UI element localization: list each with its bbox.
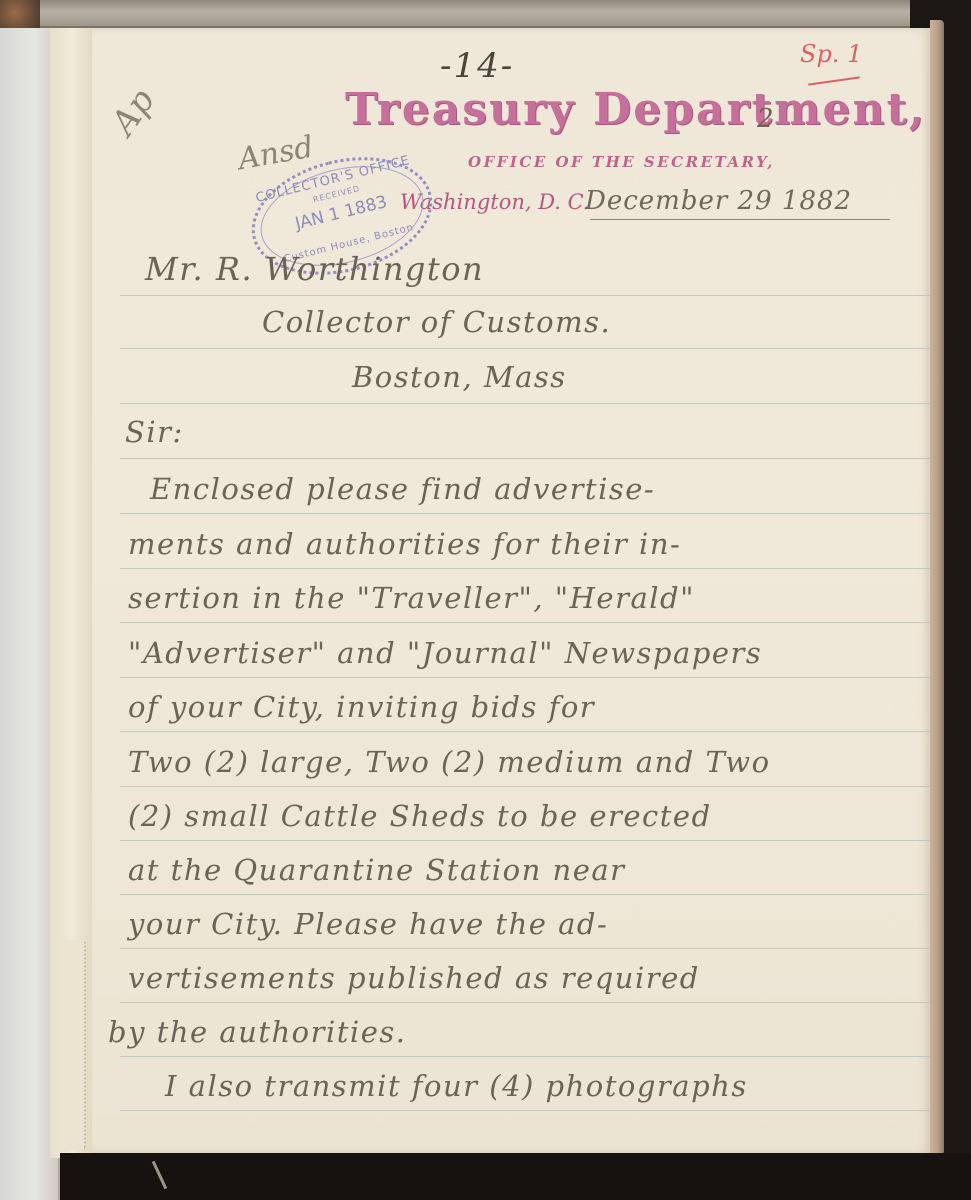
rule-line (120, 403, 930, 404)
body-line: by the authorities. (108, 1015, 406, 1049)
rule-line (120, 677, 930, 678)
recipient-name: Mr. R. Worthington (145, 250, 484, 288)
rule-line (120, 1110, 930, 1111)
letter-date: December 29 1882 (585, 186, 852, 216)
rule-line (120, 1056, 930, 1057)
rule-line (120, 568, 930, 569)
rule-line (120, 295, 930, 296)
rule-line (120, 948, 930, 949)
background-shadow (60, 1153, 971, 1200)
folio-mark: Sp. 1 (800, 40, 862, 68)
body-line: vertisements published as required (128, 961, 700, 995)
body-line: "Advertiser" and "Journal" Newspapers (128, 636, 762, 670)
page-number: -14- (440, 46, 514, 86)
letterhead-title: Treasury Department, (345, 84, 926, 135)
body-line: ments and authorities for their in- (128, 527, 681, 561)
rule-line (120, 513, 930, 514)
rule-line (120, 348, 930, 349)
rule-line (120, 840, 930, 841)
body-line: of your City, inviting bids for (128, 690, 595, 724)
letterhead-office: OFFICE OF THE SECRETARY, (468, 153, 775, 171)
torn-stub (58, 940, 86, 1150)
rule-line (120, 622, 930, 623)
rule-line (120, 458, 930, 459)
date-underline (590, 219, 890, 220)
page-edge (930, 20, 944, 1155)
body-line: (2) small Cattle Sheds to be erected (128, 799, 712, 833)
letterhead-suffix: 2 (757, 104, 774, 134)
rule-line (120, 786, 930, 787)
rule-line (120, 894, 930, 895)
rule-line (120, 1002, 930, 1003)
salutation: Sir: (125, 415, 184, 449)
recipient-location: Boston, Mass (352, 360, 567, 394)
body-line: sertion in the "Traveller", "Herald" (128, 581, 695, 615)
body-line: Two (2) large, Two (2) medium and Two (128, 745, 771, 779)
body-line: at the Quarantine Station near (128, 853, 626, 887)
body-line: I also transmit four (4) photographs (165, 1069, 748, 1103)
body-line: Enclosed please find advertise- (150, 472, 655, 506)
book-top-edge (40, 0, 910, 28)
rule-line (120, 731, 930, 732)
body-line: your City. Please have the ad- (128, 907, 608, 941)
recipient-title: Collector of Customs. (262, 305, 611, 339)
